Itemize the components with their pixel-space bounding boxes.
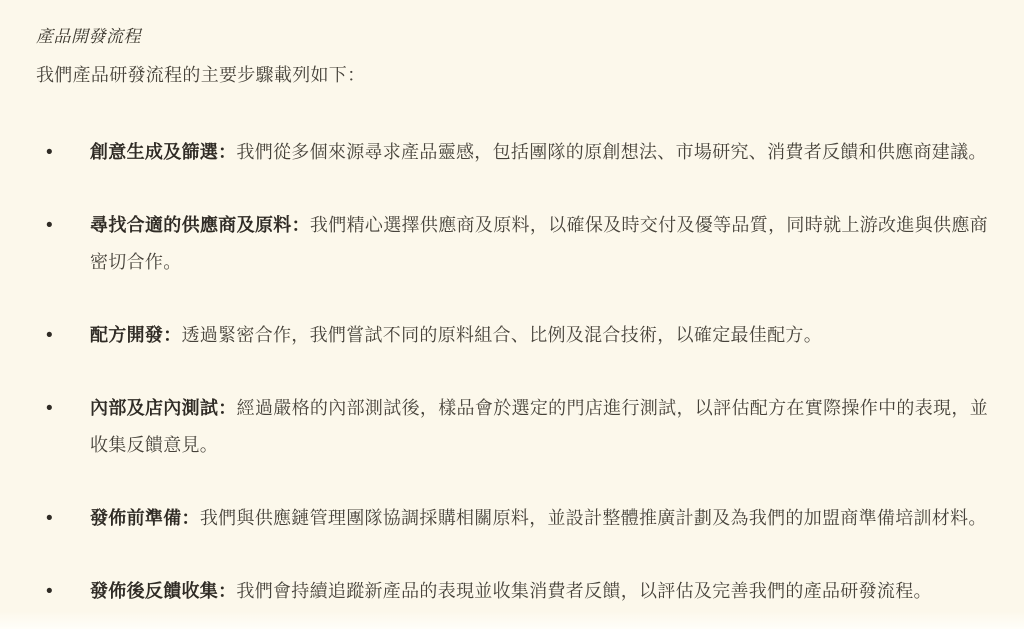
step-heading: 配方開發：	[90, 325, 182, 345]
step-text: 尋找合適的供應商及原料：我們精心選擇供應商及原料，以確保及時交付及優等品質，同時…	[90, 207, 988, 281]
page-bottom-edge	[0, 611, 1024, 629]
step-text: 配方開發：透過緊密合作，我們嘗試不同的原料組合、比例及混合技術，以確定最佳配方。	[90, 317, 988, 354]
step-text: 創意生成及篩選：我們從多個來源尋求產品靈感，包括團隊的原創想法、市場研究、消費者…	[90, 134, 988, 171]
step-text: 內部及店內測試：經過嚴格的內部測試後，樣品會於選定的門店進行測試，以評估配方在實…	[90, 390, 988, 464]
list-item: • 內部及店內測試：經過嚴格的內部測試後，樣品會於選定的門店進行測試，以評估配方…	[36, 390, 988, 464]
list-item: • 創意生成及篩選：我們從多個來源尋求產品靈感，包括團隊的原創想法、市場研究、消…	[36, 134, 988, 171]
document-page: 產品開發流程 我們產品研發流程的主要步驟載列如下： • 創意生成及篩選：我們從多…	[0, 0, 1024, 629]
bullet-icon: •	[36, 500, 90, 537]
step-text: 發佈後反饋收集：我們會持續追蹤新產品的表現並收集消費者反饋，以評估及完善我們的產…	[90, 573, 988, 610]
process-steps-list: • 創意生成及篩選：我們從多個來源尋求產品靈感，包括團隊的原創想法、市場研究、消…	[36, 134, 988, 610]
step-body: 我們會持續追蹤新產品的表現並收集消費者反饋，以評估及完善我們的產品研發流程。	[236, 581, 931, 601]
intro-text: 我們產品研發流程的主要步驟載列如下：	[36, 62, 988, 88]
step-text: 發佈前準備：我們與供應鏈管理團隊協調採購相關原料，並設計整體推廣計劃及為我們的加…	[90, 500, 988, 537]
list-item: • 尋找合適的供應商及原料：我們精心選擇供應商及原料，以確保及時交付及優等品質，…	[36, 207, 988, 281]
step-body: 透過緊密合作，我們嘗試不同的原料組合、比例及混合技術，以確定最佳配方。	[182, 325, 823, 345]
section-title: 產品開發流程	[36, 25, 988, 49]
step-heading: 發佈前準備：	[90, 508, 200, 528]
bullet-icon: •	[36, 573, 90, 610]
list-item: • 配方開發：透過緊密合作，我們嘗試不同的原料組合、比例及混合技術，以確定最佳配…	[36, 317, 988, 354]
bullet-icon: •	[36, 317, 90, 354]
step-heading: 創意生成及篩選：	[90, 142, 236, 162]
step-body: 我們從多個來源尋求產品靈感，包括團隊的原創想法、市場研究、消費者反饋和供應商建議…	[236, 142, 986, 162]
list-item: • 發佈前準備：我們與供應鏈管理團隊協調採購相關原料，並設計整體推廣計劃及為我們…	[36, 500, 988, 537]
bullet-icon: •	[36, 134, 90, 171]
step-heading: 發佈後反饋收集：	[90, 581, 236, 601]
list-item: • 發佈後反饋收集：我們會持續追蹤新產品的表現並收集消費者反饋，以評估及完善我們…	[36, 573, 988, 610]
step-body: 我們與供應鏈管理團隊協調採購相關原料，並設計整體推廣計劃及為我們的加盟商準備培訓…	[200, 508, 987, 528]
step-heading: 尋找合適的供應商及原料：	[90, 215, 310, 235]
step-heading: 內部及店內測試：	[90, 398, 237, 418]
bullet-icon: •	[36, 207, 90, 244]
bullet-icon: •	[36, 390, 90, 427]
